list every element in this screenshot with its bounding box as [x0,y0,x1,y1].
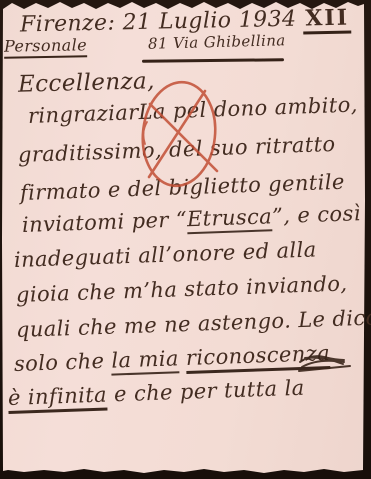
underlined-words-e-infinita: è infinita [8,383,108,414]
body-line: ringraziarLa pel dono ambito, [28,92,359,127]
body-line: inadeguati all’onore ed alla [14,237,317,272]
body-line: graditissimo, del suo ritratto [18,132,336,167]
body-line: firmato e del biglietto gentile [20,170,345,205]
underlined-words-la-mia: la mia [111,346,179,375]
body-line: gioia che m’ha stato inviando, [16,271,348,307]
body-line: è infinita e che per tutta la [8,376,305,410]
body-line: solo che la mia riconoscenza [14,341,331,376]
body-line: quali che me ne astengo. Le dico [16,305,371,342]
letter-body: ringraziarLa pel dono ambito, graditissi… [0,0,371,479]
body-line: inviatomi per “Etrusca”, e così [22,201,362,237]
underlined-word-riconoscenza: riconoscenza [185,341,330,374]
underlined-word-etrusca: Etrusca [187,204,273,234]
